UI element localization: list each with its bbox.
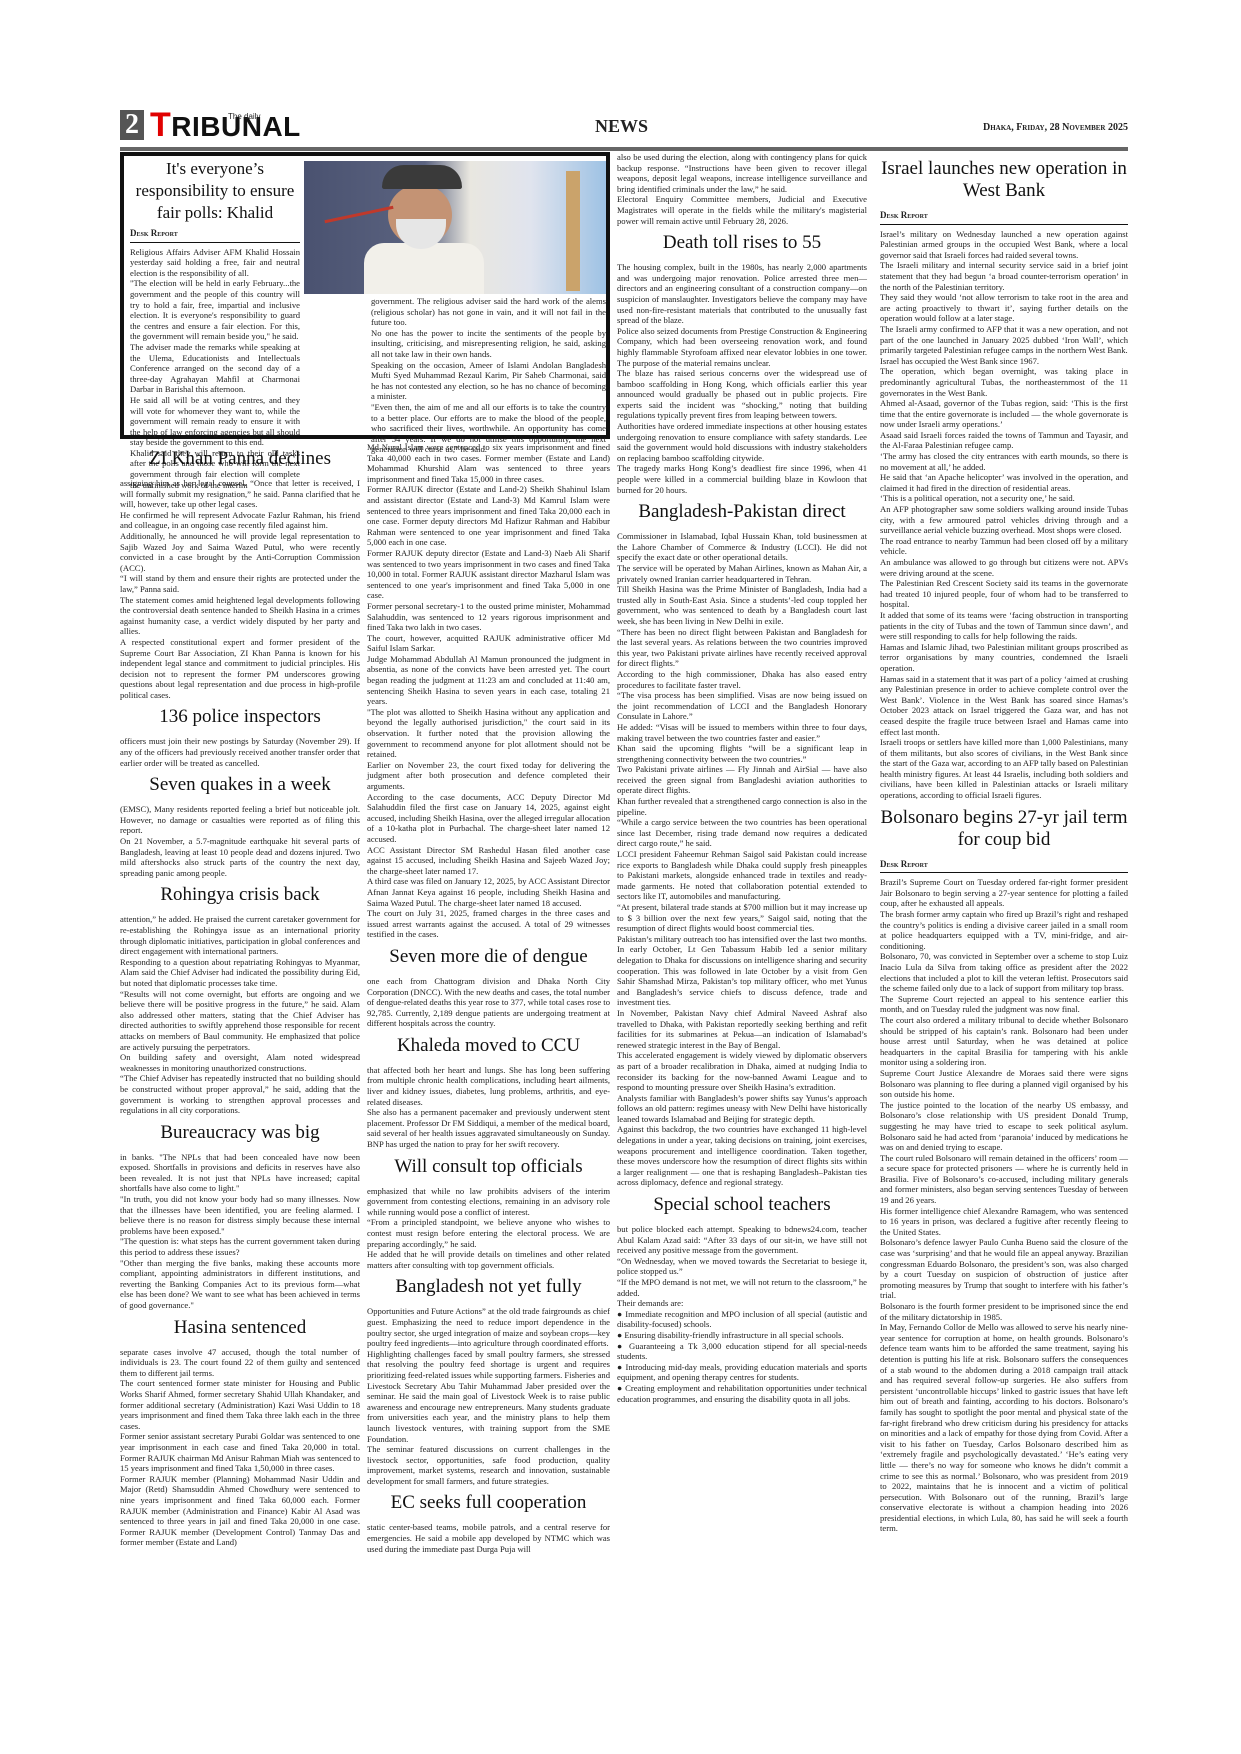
- article-paragraph: that affected both her heart and lungs. …: [367, 1065, 610, 1107]
- article-paragraph: He added: “Visas will be issued to membe…: [617, 722, 867, 743]
- article: Md Nurul Islam were sentenced to six yea…: [367, 442, 610, 940]
- newspaper-page: 2 The daily TRIBUNAL NEWS Dhaka, Friday,…: [120, 100, 1128, 148]
- lead-headline: It's everyone’s responsibility to ensure…: [130, 158, 300, 224]
- article-byline: Desk Report: [880, 210, 1128, 225]
- microphone-icon: [324, 206, 393, 223]
- article-paragraph: Former personal secretary-1 to the ouste…: [367, 601, 610, 633]
- article-paragraph: Asaad said Israeli forces raided the tow…: [880, 430, 1128, 451]
- article-paragraph: The service will be operated by Mahan Ai…: [617, 563, 867, 584]
- page-number: 2: [120, 110, 144, 140]
- article-paragraph: also be used during the election, along …: [617, 152, 867, 194]
- article-paragraph: The road entrance to nearby Tammun had b…: [880, 536, 1128, 557]
- article-paragraph: “From a principled standpoint, we believ…: [367, 1217, 610, 1249]
- article: Khaleda moved to CCUthat affected both h…: [367, 1035, 610, 1150]
- article-paragraph: The court, however, acquitted RAJUK admi…: [367, 633, 610, 654]
- article: Special school teachersbut police blocke…: [617, 1194, 867, 1404]
- article-paragraph: Hamas and Islamic Jihad, two Palestinian…: [880, 642, 1128, 674]
- article: Bureaucracy was bigin banks. "The NPLs t…: [120, 1122, 360, 1311]
- article: Rohingya crisis backattention,” he added…: [120, 884, 360, 1115]
- column-4: Israel launches new operation in West Ba…: [880, 152, 1128, 1534]
- article-headline: Bureaucracy was big: [120, 1122, 360, 1144]
- article: EC seeks full cooperationstatic center-b…: [367, 1492, 610, 1554]
- article-paragraph: Additionally, he announced he will provi…: [120, 531, 360, 573]
- article: Seven more die of dengueone each from Ch…: [367, 946, 610, 1029]
- article-paragraph: The Israeli army confirmed to AFP that i…: [880, 324, 1128, 356]
- column-3: also be used during the election, along …: [617, 152, 867, 1404]
- article-paragraph: The seminar featured discussions on curr…: [367, 1444, 610, 1486]
- article-headline: 136 police inspectors: [120, 706, 360, 728]
- article-headline: Israel launches new operation in West Ba…: [880, 158, 1128, 202]
- article-paragraph: Former RAJUK member (Planning) Mohammad …: [120, 1474, 360, 1548]
- article-headline: Seven quakes in a week: [120, 774, 360, 796]
- article-paragraph: The court ruled Bolsonaro will remain de…: [880, 1153, 1128, 1206]
- article-paragraph: The housing complex, built in the 1980s,…: [617, 262, 867, 326]
- article-paragraph: A third case was filed on January 12, 20…: [367, 876, 610, 908]
- article-paragraph: static center-based teams, mobile patrol…: [367, 1522, 610, 1554]
- article-paragraph: Speaking on the occasion, Ameer of Islam…: [371, 360, 606, 402]
- photo-minaret: [566, 171, 580, 291]
- lead-right-body: government. The religious adviser said t…: [371, 296, 606, 455]
- article-paragraph: An AFP photographer saw some soldiers wa…: [880, 504, 1128, 536]
- photo-cap: [382, 165, 462, 189]
- article-paragraph: He confirmed he will represent Advocate …: [120, 510, 360, 531]
- article-headline: Khaleda moved to CCU: [367, 1035, 610, 1057]
- article: Bangladesh not yet fullyOpportunities an…: [367, 1276, 610, 1486]
- article-paragraph: ‘This is a political operation, not a se…: [880, 493, 1128, 504]
- article-paragraph: The court sentenced former state ministe…: [120, 1378, 360, 1431]
- article-paragraph: “The visa process has been simplified. V…: [617, 690, 867, 722]
- article-headline: ZI Khan Panna declines: [120, 448, 360, 470]
- article-paragraph: Judge Mohammad Abdullah Al Mamun pronoun…: [367, 654, 610, 707]
- section-title: NEWS: [595, 116, 648, 137]
- article-paragraph: (EMSC), Many residents reported feeling …: [120, 804, 360, 836]
- article-paragraph: assigning him as her legal counsel. “Onc…: [120, 478, 360, 510]
- article-headline: Hasina sentenced: [120, 1317, 360, 1339]
- article-paragraph: The Israeli military and internal securi…: [880, 260, 1128, 292]
- brand-small-text: The daily: [228, 102, 260, 132]
- article-paragraph: On 21 November, a 5.7-magnitude earthqua…: [120, 836, 360, 878]
- article: Death toll rises to 55The housing comple…: [617, 232, 867, 495]
- article-paragraph: In May, Fernando Collor de Mello was all…: [880, 1322, 1128, 1534]
- article-paragraph: The Palestinian Red Crescent Society sai…: [880, 578, 1128, 610]
- article-headline: Special school teachers: [617, 1194, 867, 1216]
- article-headline: Death toll rises to 55: [617, 232, 867, 254]
- article-paragraph: Former RAJUK deputy director (Estate and…: [367, 548, 610, 601]
- article-paragraph: Their demands are:: [617, 1298, 867, 1309]
- article-paragraph: "The question is: what steps has the cur…: [120, 1236, 360, 1257]
- article-paragraph: Two Pakistani private airlines — Fly Jin…: [617, 764, 867, 796]
- article-paragraph: “The Chief Adviser has repeatedly instru…: [120, 1073, 360, 1115]
- article-paragraph: ● Immediate recognition and MPO inclusio…: [617, 1309, 867, 1330]
- article-paragraph: He added that he will provide details on…: [367, 1249, 610, 1270]
- article-headline: Rohingya crisis back: [120, 884, 360, 906]
- article-paragraph: Electoral Enquiry Committee members, Jud…: [617, 194, 867, 226]
- article-paragraph: but police blocked each attempt. Speakin…: [617, 1224, 867, 1256]
- article-paragraph: Commissioner in Islamabad, Iqbal Hussain…: [617, 531, 867, 563]
- article-paragraph: Authorities have ordered immediate inspe…: [617, 421, 867, 463]
- article-paragraph: Analysts familiar with Bangladesh’s powe…: [617, 1093, 867, 1125]
- article-paragraph: Ahmed al-Asaad, governor of the Tubas re…: [880, 398, 1128, 430]
- article-paragraph: They said they would ‘not allow terroris…: [880, 292, 1128, 324]
- article-paragraph: Opportunities and Future Actions” at the…: [367, 1306, 610, 1348]
- article-paragraph: According to the case documents, ACC Dep…: [367, 792, 610, 845]
- article-paragraph: “There has been no direct flight between…: [617, 627, 867, 669]
- article-paragraph: She also has a permanent pacemaker and p…: [367, 1107, 610, 1149]
- article-paragraph: The operation, which began overnight, wa…: [880, 366, 1128, 398]
- article-paragraph: Israeli troops or settlers have killed m…: [880, 737, 1128, 801]
- article-paragraph: The tragedy marks Hong Kong’s deadliest …: [617, 463, 867, 495]
- article-paragraph: Responding to a question about repatriat…: [120, 957, 360, 989]
- column-2: Md Nurul Islam were sentenced to six yea…: [367, 442, 610, 1554]
- column-1: ZI Khan Panna declinesassigning him as h…: [120, 442, 360, 1548]
- article-paragraph: ● Introducing mid-day meals, providing e…: [617, 1362, 867, 1383]
- article-paragraph: Earlier on November 23, the court fixed …: [367, 760, 610, 792]
- photo-vest: [364, 243, 484, 294]
- lead-story-box: It's everyone’s responsibility to ensure…: [120, 152, 610, 439]
- article-paragraph: Bolsonaro’s defence lawyer Paulo Cunha B…: [880, 1237, 1128, 1301]
- article-paragraph: LCCI president Faheemur Rehman Saigol sa…: [617, 849, 867, 902]
- lead-photo: [304, 161, 606, 294]
- article: also be used during the election, along …: [617, 152, 867, 226]
- article-paragraph: “While a cargo service between the two c…: [617, 817, 867, 849]
- article-headline: Bolsonaro begins 27-yr jail term for cou…: [880, 807, 1128, 851]
- article-paragraph: Bolsonaro, 70, was convicted in Septembe…: [880, 951, 1128, 993]
- article-paragraph: Against this backdrop, the two countries…: [617, 1124, 867, 1188]
- article: Bolsonaro begins 27-yr jail term for cou…: [880, 807, 1128, 1534]
- article: Bangladesh-Pakistan directCommissioner i…: [617, 501, 867, 1188]
- lead-byline: Desk Report: [130, 228, 300, 243]
- article-paragraph: This accelerated engagement is widely vi…: [617, 1050, 867, 1092]
- article-paragraph: In November, Pakistan Navy chief Admiral…: [617, 1008, 867, 1050]
- article-paragraph: Pakistan’s military outreach too has int…: [617, 934, 867, 945]
- article-paragraph: On building safety and oversight, Alam n…: [120, 1052, 360, 1073]
- article-byline: Desk Report: [880, 859, 1128, 874]
- article-paragraph: Supreme Court Justice Alexandre de Morae…: [880, 1068, 1128, 1100]
- article-headline: Seven more die of dengue: [367, 946, 610, 968]
- article: Israel launches new operation in West Ba…: [880, 158, 1128, 801]
- article-paragraph: The statement comes amid heightened lega…: [120, 595, 360, 637]
- brand-initial: T: [150, 106, 171, 144]
- article-paragraph: It added that some of its teams were ‘fa…: [880, 610, 1128, 642]
- article: Hasina sentencedseparate cases involve 4…: [120, 1317, 360, 1548]
- article-paragraph: “At present, bilateral trade stands at $…: [617, 902, 867, 934]
- article-paragraph: ‘The army has closed the city entrances …: [880, 451, 1128, 472]
- article-paragraph: The Supreme Court rejected an appeal to …: [880, 994, 1128, 1015]
- article-paragraph: Israel has occupied the West Bank since …: [880, 356, 1128, 367]
- article-paragraph: Former senior assistant secretary Purabi…: [120, 1431, 360, 1473]
- article-paragraph: "Other than merging the five banks, maki…: [120, 1258, 360, 1311]
- article-paragraph: Khan further revealed that a strengthene…: [617, 796, 867, 817]
- article-paragraph: "The election will be held in early Febr…: [130, 278, 300, 342]
- article-paragraph: According to the high commissioner, Dhak…: [617, 669, 867, 690]
- article-paragraph: government. The religious adviser said t…: [371, 296, 606, 328]
- article-paragraph: Religious Affairs Adviser AFM Khalid Hos…: [130, 247, 300, 279]
- article-paragraph: in banks. "The NPLs that had been concea…: [120, 1152, 360, 1194]
- masthead: 2 The daily TRIBUNAL NEWS Dhaka, Friday,…: [120, 100, 1128, 148]
- article-paragraph: ● Ensuring disability-friendly infrastru…: [617, 1330, 867, 1341]
- article-paragraph: In early October, Lt Gen Tabassum Habib …: [617, 944, 867, 1008]
- article-paragraph: The court also ordered a military tribun…: [880, 1015, 1128, 1068]
- article-headline: EC seeks full cooperation: [367, 1492, 610, 1514]
- article-paragraph: one each from Chattogram division and Dh…: [367, 976, 610, 1029]
- article-paragraph: Israel’s military on Wednesday launched …: [880, 229, 1128, 261]
- article: Seven quakes in a week(EMSC), Many resid…: [120, 774, 360, 878]
- article-headline: Will consult top officials: [367, 1156, 610, 1178]
- lead-left-column: It's everyone’s responsibility to ensure…: [130, 158, 300, 490]
- article-paragraph: Md Nurul Islam were sentenced to six yea…: [367, 442, 610, 484]
- article-paragraph: No one has the power to incite the senti…: [371, 328, 606, 360]
- article: ZI Khan Panna declinesassigning him as h…: [120, 448, 360, 700]
- article-paragraph: Brazil’s Supreme Court on Tuesday ordere…: [880, 877, 1128, 909]
- article-paragraph: “On Wednesday, when we moved towards the…: [617, 1256, 867, 1277]
- article: Will consult top officialsemphasized tha…: [367, 1156, 610, 1271]
- article-paragraph: ● Creating employment and rehabilitation…: [617, 1383, 867, 1404]
- article-headline: Bangladesh not yet fully: [367, 1276, 610, 1298]
- article-paragraph: His former intelligence chief Alexandre …: [880, 1206, 1128, 1238]
- article: 136 police inspectorsofficers must join …: [120, 706, 360, 768]
- article-paragraph: He said that ‘an Apache helicopter’ was …: [880, 472, 1128, 493]
- article-paragraph: attention,” he added. He praised the cur…: [120, 914, 360, 956]
- article-paragraph: Till Sheikh Hasina was the Prime Ministe…: [617, 584, 867, 626]
- article-paragraph: Police also seized documents from Presti…: [617, 326, 867, 368]
- article-paragraph: officers must join their new postings by…: [120, 736, 360, 768]
- article-paragraph: ● Guaranteeing a Tk 3,000 education stip…: [617, 1341, 867, 1362]
- article-paragraph: Bolsonaro is the fourth former president…: [880, 1301, 1128, 1322]
- article-paragraph: The justice pointed to the location of t…: [880, 1100, 1128, 1153]
- article-paragraph: The brash former army captain who fired …: [880, 909, 1128, 951]
- article-paragraph: “Results will not come overnight, but ef…: [120, 989, 360, 1053]
- article-paragraph: "The plot was allotted to Sheikh Hasina …: [367, 707, 610, 760]
- brand-logo: The daily TRIBUNAL: [150, 110, 301, 142]
- masthead-rule: [120, 147, 1128, 151]
- article-paragraph: “I will stand by them and ensure their r…: [120, 573, 360, 594]
- article-paragraph: The adviser made the remarks while speak…: [130, 342, 300, 395]
- article-paragraph: emphasized that while no law prohibits a…: [367, 1186, 610, 1218]
- article-paragraph: A respected constitutional expert and fo…: [120, 637, 360, 701]
- article-paragraph: Former RAJUK director (Estate and Land-2…: [367, 484, 610, 548]
- article-paragraph: ACC Assistant Director SM Rashedul Hasan…: [367, 845, 610, 877]
- article-paragraph: Hamas said in a statement that it was pa…: [880, 674, 1128, 738]
- article-paragraph: "In truth, you did not know your body ha…: [120, 1194, 360, 1236]
- article-paragraph: The blaze has raised serious concerns ov…: [617, 368, 867, 421]
- article-paragraph: “If the MPO demand is not met, we will n…: [617, 1277, 867, 1298]
- article-paragraph: Highlighting challenges faced by small p…: [367, 1349, 610, 1444]
- article-paragraph: Khan said the upcoming flights “will be …: [617, 743, 867, 764]
- dateline: Dhaka, Friday, 28 November 2025: [983, 122, 1128, 133]
- article-headline: Bangladesh-Pakistan direct: [617, 501, 867, 523]
- article-paragraph: He said all will be at voting centres, a…: [130, 395, 300, 448]
- article-paragraph: An ambulance was allowed to go through b…: [880, 557, 1128, 578]
- article-paragraph: separate cases involve 47 accused, thoug…: [120, 1347, 360, 1379]
- article-paragraph: The court on July 31, 2025, framed charg…: [367, 908, 610, 940]
